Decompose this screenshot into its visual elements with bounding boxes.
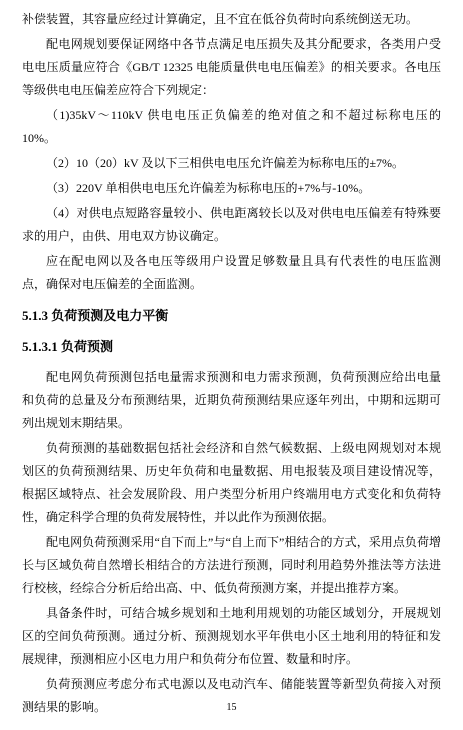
subsection-heading: 5.1.3.1 负荷预测 [22,335,441,358]
list-item: （1)35kV～110kV 供电电压正负偏差的绝对值之和不超过标称电压的 10%… [22,104,441,150]
paragraph: 具备条件时，可结合城乡规划和土地利用规划的功能区域划分，开展规划区的空间负荷预测… [22,602,441,671]
list-item: （4）对供电点短路容量较小、供电距离较长以及对供电电压偏差有特殊要求的用户，由供… [22,202,441,248]
list-item: （3）220V 单相供电电压允许偏差为标称电压的+7%与-10%。 [22,177,441,200]
paragraph: 负荷预测的基础数据包括社会经济和自然气候数据、上级电网规划对本规划区的负荷预测结… [22,437,441,529]
section-heading: 5.1.3 负荷预测及电力平衡 [22,304,441,327]
page-number: 15 [0,702,463,714]
document-body: 补偿装置，其容量应经过计算确定，且不宜在低谷负荷时向系统倒送无功。配电网规划要保… [22,8,441,721]
paragraph: 配电网规划要保证网络中各节点满足电压损失及其分配要求，各类用户受电电压质量应符合… [22,33,441,102]
document-page: 补偿装置，其容量应经过计算确定，且不宜在低谷负荷时向系统倒送无功。配电网规划要保… [0,0,463,730]
list-item: （2）10（20）kV 及以下三相供电电压允许偏差为标称电压的±7%。 [22,152,441,175]
paragraph: 应在配电网以及各电压等级用户设置足够数量且具有代表性的电压监测点，确保对电压偏差… [22,250,441,296]
paragraph: 补偿装置，其容量应经过计算确定，且不宜在低谷负荷时向系统倒送无功。 [22,8,441,31]
paragraph: 配电网负荷预测采用“自下而上”与“自上而下”相结合的方式，采用点负荷增长与区域负… [22,531,441,600]
paragraph: 配电网负荷预测包括电量需求预测和电力需求预测，负荷预测应给出电量和负荷的总量及分… [22,366,441,435]
